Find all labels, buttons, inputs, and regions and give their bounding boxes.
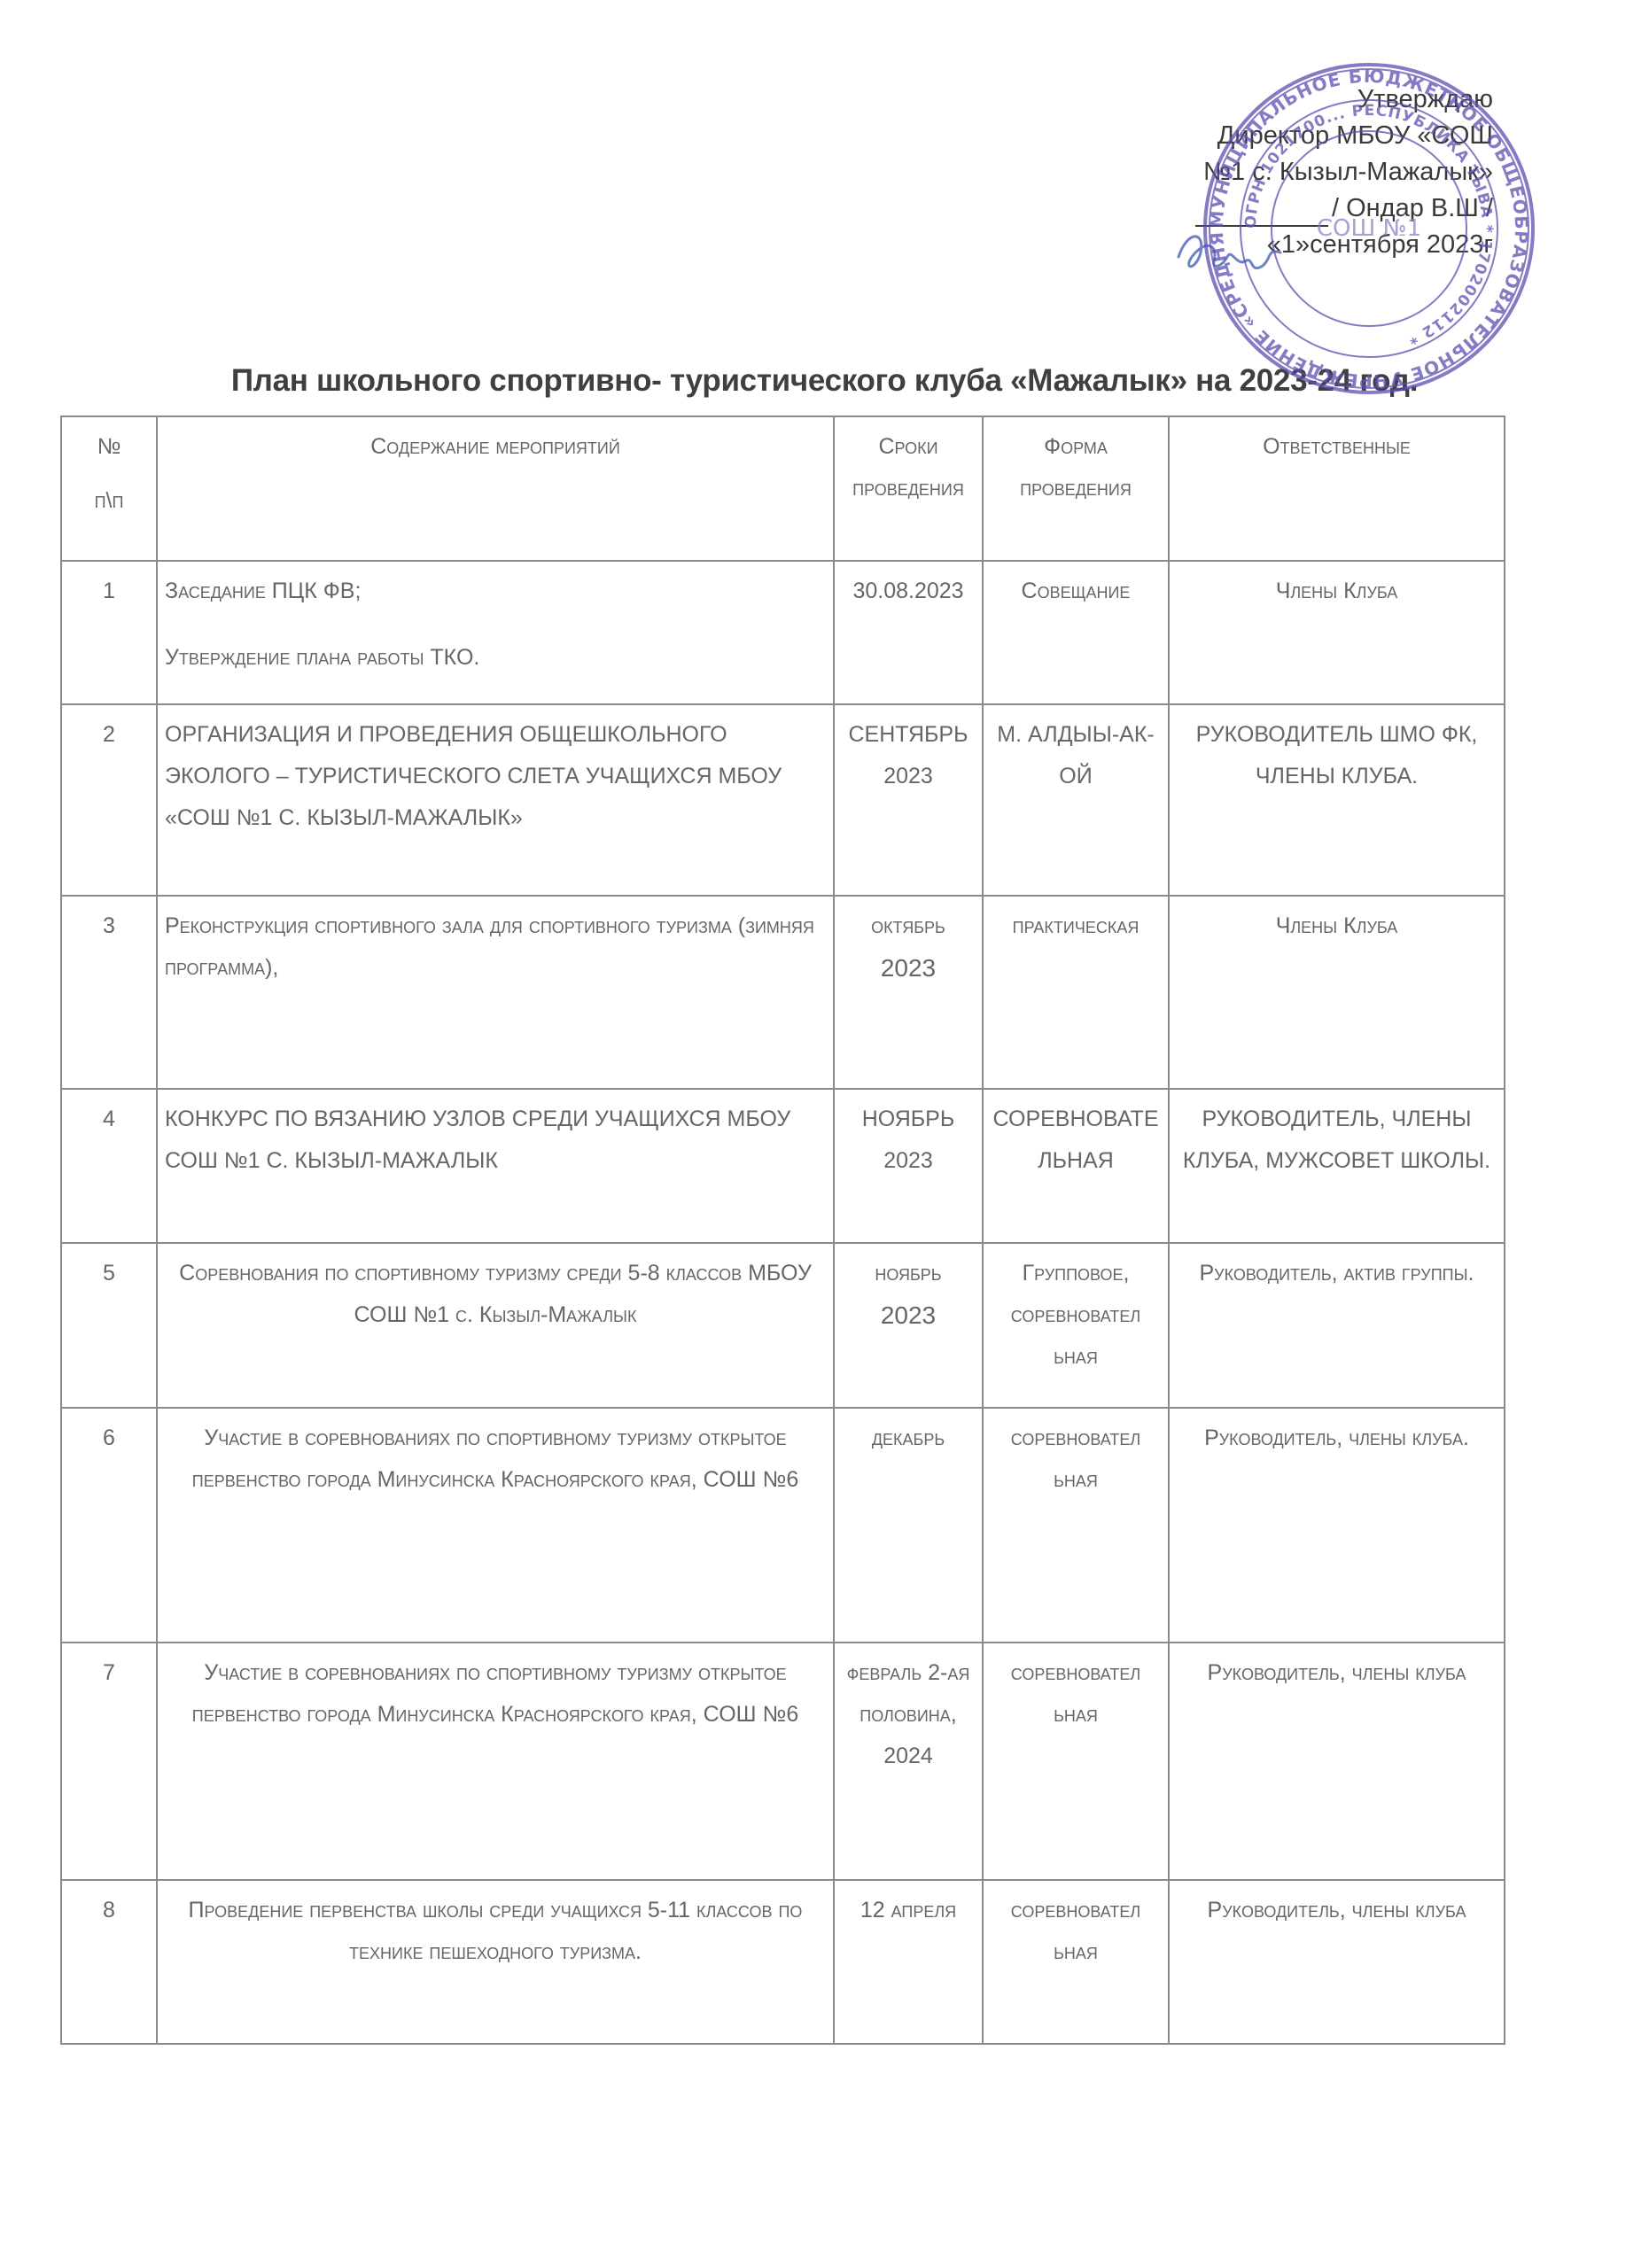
row-form: Групповое, соревновател ьная <box>983 1243 1169 1408</box>
row-date: ноябрь2023 <box>834 1243 983 1408</box>
row-content: Соревнования по спортивному туризму сред… <box>157 1243 834 1408</box>
row-responsible: Руководитель, члены клуба <box>1169 1643 1505 1880</box>
document-title: План школьного спортивно- туристического… <box>0 363 1649 399</box>
row-number: 3 <box>61 896 157 1089</box>
row-responsible: Руководитель, члены клуба <box>1169 1880 1505 2044</box>
row-date: 12 апреля <box>834 1880 983 2044</box>
row-date: НОЯБРЬ 2023 <box>834 1089 983 1243</box>
plan-table: №п\п Содержание мероприятий Срокипроведе… <box>60 416 1505 2045</box>
row-content: Заседание ПЦК ФВ;Утверждение плана работ… <box>157 561 834 704</box>
table-row: 5 Соревнования по спортивному туризму ср… <box>61 1243 1505 1408</box>
row-content: Реконструкция спортивного зала для спорт… <box>157 896 834 1089</box>
row-date: 30.08.2023 <box>834 561 983 704</box>
approval-word: Утверждаю <box>1103 82 1493 118</box>
table-row: 8 Проведение первенства школы среди учащ… <box>61 1880 1505 2044</box>
row-form: соревновател ьная <box>983 1880 1169 2044</box>
header-form: Формапроведения <box>983 416 1169 561</box>
row-form: практическая <box>983 896 1169 1089</box>
table-row: 1 Заседание ПЦК ФВ;Утверждение плана раб… <box>61 561 1505 704</box>
table-row: 2 ОРГАНИЗАЦИЯ И ПРОВЕДЕНИЯ ОБЩЕШКОЛЬНОГО… <box>61 704 1505 896</box>
row-number: 6 <box>61 1408 157 1643</box>
table-row: 6 Участие в соревнованиях по спортивному… <box>61 1408 1505 1643</box>
row-form: соревновател ьная <box>983 1643 1169 1880</box>
header-content: Содержание мероприятий <box>157 416 834 561</box>
row-content: КОНКУРС ПО ВЯЗАНИЮ УЗЛОВ СРЕДИ УЧАЩИХСЯ … <box>157 1089 834 1243</box>
row-responsible: Руководитель, члены клуба. <box>1169 1408 1505 1643</box>
row-date: СЕНТЯБРЬ 2023 <box>834 704 983 896</box>
row-number: 5 <box>61 1243 157 1408</box>
approval-signature-row: / Ондар В.Ш / <box>1103 190 1493 227</box>
row-date: октябрь2023 <box>834 896 983 1089</box>
row-form: М. АЛДЫЫ-АК-ОЙ <box>983 704 1169 896</box>
approval-block: Утверждаю Директор МБОУ «СОШ №1 с. Кызыл… <box>1103 82 1493 263</box>
row-responsible: РУКОВОДИТЕЛЬ, ЧЛЕНЫ КЛУБА, МУЖСОВЕТ ШКОЛ… <box>1169 1089 1505 1243</box>
row-responsible: Члены Клуба <box>1169 561 1505 704</box>
row-content: ОРГАНИЗАЦИЯ И ПРОВЕДЕНИЯ ОБЩЕШКОЛЬНОГО Э… <box>157 704 834 896</box>
row-date: февраль 2-ая половина, 2024 <box>834 1643 983 1880</box>
row-content: Участие в соревнованиях по спортивному т… <box>157 1408 834 1643</box>
table-row: 7 Участие в соревнованиях по спортивному… <box>61 1643 1505 1880</box>
row-form: СОРЕВНОВАТЕ ЛЬНАЯ <box>983 1089 1169 1243</box>
approval-position-line2: №1 с. Кызыл-Мажалык» <box>1103 154 1493 190</box>
row-number: 8 <box>61 1880 157 2044</box>
table-row: 3 Реконструкция спортивного зала для спо… <box>61 896 1505 1089</box>
table-row: 4 КОНКУРС ПО ВЯЗАНИЮ УЗЛОВ СРЕДИ УЧАЩИХС… <box>61 1089 1505 1243</box>
row-responsible: РУКОВОДИТЕЛЬ ШМО ФК, ЧЛЕНЫ КЛУБА. <box>1169 704 1505 896</box>
row-number: 7 <box>61 1643 157 1880</box>
signature-line <box>1195 198 1328 227</box>
table-header-row: №п\п Содержание мероприятий Срокипроведе… <box>61 416 1505 561</box>
row-date: декабрь <box>834 1408 983 1643</box>
approval-position-line1: Директор МБОУ «СОШ <box>1103 118 1493 154</box>
row-number: 1 <box>61 561 157 704</box>
approval-date: «1»сентября 2023г <box>1103 227 1493 263</box>
header-date: Срокипроведения <box>834 416 983 561</box>
row-number: 2 <box>61 704 157 896</box>
header-number: №п\п <box>61 416 157 561</box>
approval-signatory: / Ондар В.Ш / <box>1332 190 1493 227</box>
row-number: 4 <box>61 1089 157 1243</box>
row-form: Совещание <box>983 561 1169 704</box>
row-content: Участие в соревнованиях по спортивному т… <box>157 1643 834 1880</box>
row-content: Проведение первенства школы среди учащих… <box>157 1880 834 2044</box>
row-form: соревновател ьная <box>983 1408 1169 1643</box>
row-responsible: Члены Клуба <box>1169 896 1505 1089</box>
header-responsible: Ответственные <box>1169 416 1505 561</box>
row-responsible: Руководитель, актив группы. <box>1169 1243 1505 1408</box>
